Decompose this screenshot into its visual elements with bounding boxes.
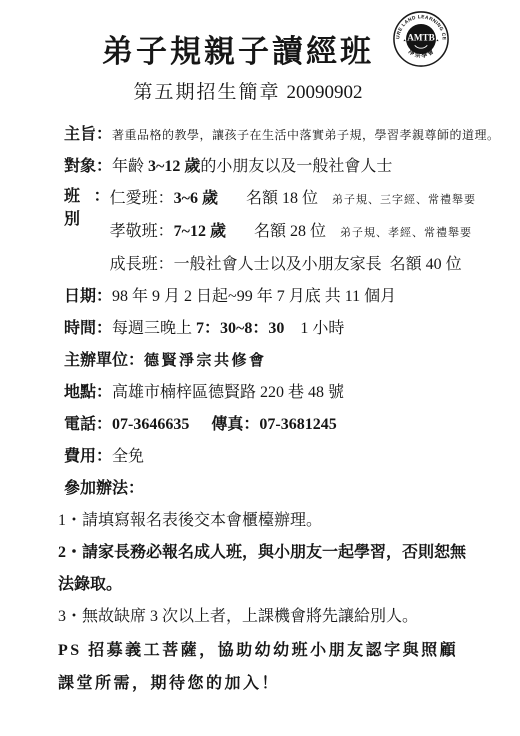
- fax-label: 傳真: [211, 416, 243, 433]
- logo-star-right: ★: [436, 38, 439, 42]
- fee-value: 全免: [112, 448, 144, 465]
- phone-value: 07-3646635: [112, 416, 189, 433]
- document-page: THE PURE LAND LEARNING CENTER 淨 宗 學 會 AM…: [0, 0, 520, 736]
- location-value: 高雄市楠梓區德賢路 220 巷 48 號: [112, 384, 344, 401]
- class-quota: 名額 28 位: [254, 223, 326, 240]
- class-rows: 仁愛班：3~6 歲名額 18 位弟子規、三字經、常禮舉要 孝敬班：7~12 歲名…: [110, 183, 476, 281]
- class-name: 孝敬班：: [110, 223, 174, 240]
- date-colon: ：: [96, 288, 112, 305]
- field-fee: 費用：全免: [58, 441, 476, 473]
- purpose-label: 主旨: [58, 126, 96, 143]
- target-post: 的小朋友以及一般社會人士: [200, 158, 392, 175]
- field-date: 日期：98 年 9 月 2 日起~99 年 7 月底 共 11 個月: [58, 281, 476, 313]
- time-post: 1 小時: [284, 320, 344, 337]
- location-label: 地點: [58, 384, 96, 401]
- field-target: 對象：年齡 3~12 歲的小朋友以及一般社會人士: [58, 151, 476, 183]
- classes-colon: ：: [94, 183, 110, 206]
- fax-colon: ：: [243, 416, 259, 433]
- howto-colon: ：: [128, 480, 144, 497]
- target-pre: 年齡: [112, 158, 148, 175]
- time-range: 7：30~8：30: [196, 320, 284, 337]
- time-pre: 每週三晚上: [112, 320, 196, 337]
- subtitle-number: 20090902: [287, 82, 363, 103]
- class-quota: 名額 40 位: [390, 256, 462, 273]
- fax-value: 07-3681245: [259, 416, 336, 433]
- organizer-colon: ：: [128, 352, 144, 369]
- page-subtitle: 第五期招生簡章20090902: [0, 81, 520, 105]
- class-note: 弟子規、三字經、常禮舉要: [332, 194, 476, 206]
- howto-label: 參加辦法: [58, 480, 128, 497]
- fee-colon: ：: [96, 448, 112, 465]
- subtitle-text: 第五期招生簡章: [133, 82, 280, 103]
- pure-land-learning-center-logo: THE PURE LAND LEARNING CENTER 淨 宗 學 會 AM…: [392, 10, 450, 68]
- time-label: 時間: [58, 320, 96, 337]
- purpose-colon: ：: [96, 126, 112, 143]
- class-row-chengzhang: 成長班：一般社會人士以及小朋友家長名額 40 位: [110, 249, 476, 281]
- date-label: 日期: [58, 288, 96, 305]
- howto-item-1: 1・請填寫報名表後交本會櫃檯辦理。: [58, 505, 476, 537]
- logo-center-text: AMTB: [407, 32, 435, 42]
- field-organizer: 主辦單位：德賢淨宗共修會: [58, 345, 476, 377]
- target-colon: ：: [96, 158, 112, 175]
- location-colon: ：: [96, 384, 112, 401]
- class-age: 3~6 歲: [174, 190, 218, 207]
- organizer-label: 主辦單位: [58, 352, 128, 369]
- target-age: 3~12 歲: [148, 158, 200, 175]
- class-row-xiaojing: 孝敬班：7~12 歲名額 28 位弟子規、孝經、常禮舉要: [110, 216, 476, 249]
- target-label: 對象: [58, 158, 96, 175]
- purpose-value: 著重品格的教學，讓孩子在生活中落實弟子規，學習孝親尊師的道理。: [112, 128, 500, 142]
- phone-colon: ：: [96, 416, 112, 433]
- class-name: 成長班：: [110, 256, 174, 273]
- field-phone: 電話：07-3646635傳真：07-3681245: [58, 409, 476, 441]
- date-value: 98 年 9 月 2 日起~99 年 7 月底 共 11 個月: [112, 288, 396, 305]
- class-row-renai: 仁愛班：3~6 歲名額 18 位弟子規、三字經、常禮舉要: [110, 183, 476, 216]
- class-note: 弟子規、孝經、常禮舉要: [340, 227, 472, 239]
- document-body: 主旨：著重品格的教學，讓孩子在生活中落實弟子規，學習孝親尊師的道理。 對象：年齡…: [0, 119, 520, 700]
- howto-item-3: 3・無故缺席 3 次以上者，上課機會將先讓給別人。: [58, 601, 476, 633]
- howto-item-2: 2・請家長務必報名成人班，與小朋友一起學習，否則恕無法錄取。: [58, 537, 476, 601]
- fee-label: 費用: [58, 448, 96, 465]
- field-location: 地點：高雄市楠梓區德賢路 220 巷 48 號: [58, 377, 476, 409]
- field-howto-heading: 參加辦法：: [58, 473, 476, 505]
- organizer-value: 德賢淨宗共修會: [144, 353, 267, 369]
- class-name: 仁愛班：: [110, 190, 174, 207]
- ps-note: PS 招募義工菩薩，協助幼幼班小朋友認字與照顧課堂所需，期待您的加入！: [58, 634, 476, 700]
- field-purpose: 主旨：著重品格的教學，讓孩子在生活中落實弟子規，學習孝親尊師的道理。: [58, 119, 476, 151]
- classes-label: 班別: [58, 183, 94, 229]
- field-time: 時間：每週三晚上 7：30~8：30 1 小時: [58, 313, 476, 345]
- class-age: 7~12 歲: [174, 223, 226, 240]
- field-classes: 班別： 仁愛班：3~6 歲名額 18 位弟子規、三字經、常禮舉要 孝敬班：7~1…: [58, 183, 476, 281]
- class-age: 一般社會人士以及小朋友家長: [174, 256, 382, 273]
- class-quota: 名額 18 位: [246, 190, 318, 207]
- logo-star-left: ★: [403, 38, 406, 42]
- time-colon: ：: [96, 320, 112, 337]
- seal-icon: THE PURE LAND LEARNING CENTER 淨 宗 學 會 AM…: [392, 10, 450, 68]
- phone-label: 電話: [58, 416, 96, 433]
